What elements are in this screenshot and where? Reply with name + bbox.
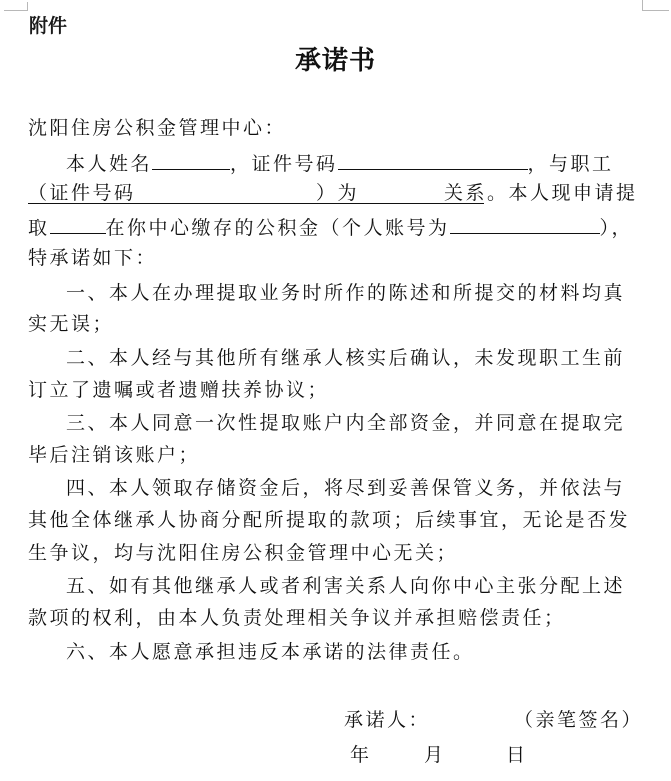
item-4-line-1: 四、本人领取存储资金后，将尽到妥善保管义务，并依法与	[66, 476, 625, 500]
signature-note: （亲笔签名）	[514, 708, 643, 732]
item-6-line-1: 六、本人愿意承担违反本承诺的法律责任。	[66, 640, 475, 664]
relation-prefix: ，与职工	[528, 153, 614, 175]
intro-line-3: 取在你中心缴存的公积金（个人账号为），	[28, 213, 633, 240]
item-4-line-2: 其他全体继承人协商分配所提取的款项；后续事宜，无论是否发	[28, 508, 630, 532]
account-number-blank[interactable]	[450, 213, 600, 234]
intro-line-2[interactable]: （证件号码 ）为 关系。本人现申请提	[28, 181, 484, 204]
item-5-line-2: 款项的权利，由本人负责处理相关争议并承担赔偿责任；	[28, 606, 566, 630]
signer-label: 承诺人：	[344, 708, 430, 732]
item-3-line-2: 毕后注销该账户；	[28, 443, 200, 467]
withdraw-middle: 在你中心缴存的公积金（个人账号为	[106, 217, 450, 239]
id-number-blank[interactable]	[338, 149, 528, 170]
item-1-line-1: 一、本人在办理提取业务时所作的陈述和所提交的材料均真	[66, 281, 625, 305]
crop-mark-right	[642, 0, 669, 11]
crop-mark-left	[4, 0, 28, 11]
intro-line-1: 本人姓名，证件号码，与职工	[66, 149, 614, 176]
amount-blank[interactable]	[50, 213, 106, 234]
name-blank[interactable]	[152, 149, 230, 170]
date-month: 月	[424, 743, 446, 767]
id-prefix: ，证件号码	[230, 153, 338, 175]
name-prefix: 本人姓名	[66, 153, 152, 175]
item-4-line-3: 生争议，均与沈阳住房公积金管理中心无关；	[28, 541, 458, 565]
addressee: 沈阳住房公积金管理中心：	[28, 116, 286, 140]
item-3-line-1: 三、本人同意一次性提取账户内全部资金，并同意在提取完	[66, 411, 625, 435]
item-2-line-1: 二、本人经与其他所有继承人核实后确认，未发现职工生前	[66, 346, 625, 370]
relation-suffix: 关系。本人现申请提	[444, 181, 638, 205]
closing-line: 特承诺如下：	[28, 246, 157, 270]
employee-id-prefix: （证件号码	[28, 181, 136, 205]
document-title: 承诺书	[0, 40, 671, 77]
withdraw-suffix: ），	[600, 217, 634, 239]
item-2-line-2: 订立了遗嘱或者遗赠扶养协议；	[28, 378, 329, 402]
attachment-label: 附件	[29, 11, 67, 38]
date-day: 日	[506, 743, 528, 767]
item-1-line-2: 实无误；	[28, 312, 114, 336]
date-year: 年	[350, 743, 372, 767]
withdraw-prefix: 取	[28, 217, 50, 239]
relation-middle: ）为	[316, 181, 359, 205]
item-5-line-1: 五、如有其他继承人或者利害关系人向你中心主张分配上述	[66, 574, 625, 598]
